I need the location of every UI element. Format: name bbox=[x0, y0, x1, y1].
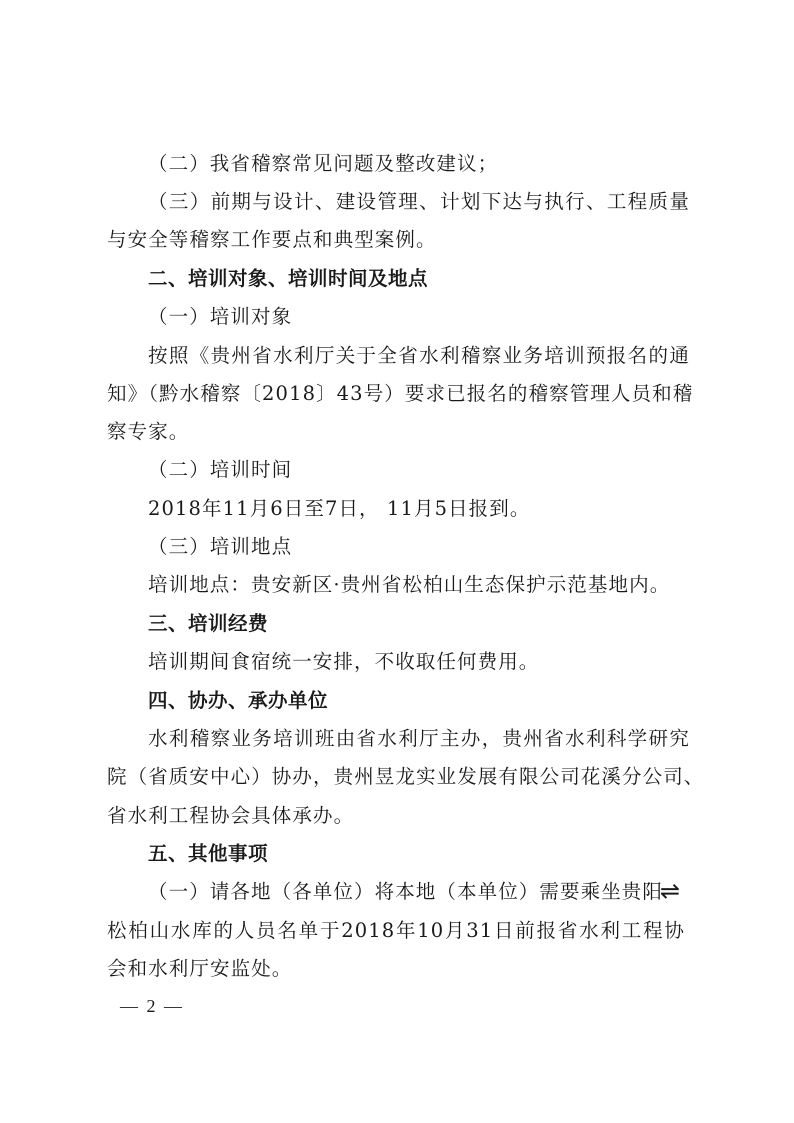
training-location-text: 培训地点：贵安新区·贵州省松柏山生态保护示范基地内。 bbox=[148, 572, 738, 598]
document-page: （二）我省稽察常见问题及整改建议； （三）前期与设计、建设管理、计划下达与执行、… bbox=[0, 0, 794, 1123]
organizers-paragraph-line-2: 院（省质安中心）协办，贵州昱龙实业发展有限公司花溪分公司、 bbox=[107, 764, 690, 790]
page-number: — 2 — bbox=[120, 996, 184, 1017]
item-three-key-points: （三）前期与设计、建设管理、计划下达与执行、工程质量 bbox=[148, 189, 690, 215]
organizers-paragraph-line-1: 水利稽察业务培训班由省水利厅主办，贵州省水利科学研究 bbox=[148, 726, 690, 752]
trainees-paragraph-line-2: 知》（黔水稽察〔2018〕43号）要求已报名的稽察管理人员和稽 bbox=[107, 381, 690, 407]
item-three-continuation: 与安全等稽察工作要点和典型案例。 bbox=[107, 227, 697, 253]
training-fees-text: 培训期间食宿统一安排，不收取任何费用。 bbox=[148, 649, 738, 675]
subheading-training-time: （二）培训时间 bbox=[148, 457, 738, 483]
section-heading-trainees-time-place: 二、培训对象、培训时间及地点 bbox=[148, 266, 738, 292]
section-heading-organizers: 四、协办、承办单位 bbox=[148, 688, 738, 714]
subheading-trainees: （一）培训对象 bbox=[148, 304, 738, 330]
organizers-paragraph-line-3: 省水利工程协会具体承办。 bbox=[107, 803, 697, 829]
other-matters-item-one-line-1: （一）请各地（各单位）将本地（本单位）需要乘坐贵阳 bbox=[148, 879, 658, 905]
item-two-common-issues: （二）我省稽察常见问题及整改建议； bbox=[148, 151, 738, 177]
trainees-paragraph-line-1: 按照《贵州省水利厅关于全省水利稽察业务培训预报名的通 bbox=[148, 343, 690, 369]
bidirectional-arrow-icon: ⇌ bbox=[660, 878, 680, 904]
section-heading-training-fees: 三、培训经费 bbox=[148, 611, 738, 637]
training-time-text: 2018年11月6日至7日， 11月5日报到。 bbox=[148, 496, 738, 522]
subheading-training-location: （三）培训地点 bbox=[148, 534, 738, 560]
other-matters-item-one-line-3: 会和水利厅安监处。 bbox=[107, 956, 697, 982]
section-heading-other-matters: 五、其他事项 bbox=[148, 841, 738, 867]
other-matters-item-one-line-2: 松柏山水库的人员名单于2018年10月31日前报省水利工程协 bbox=[107, 918, 685, 944]
trainees-paragraph-line-3: 察专家。 bbox=[107, 419, 697, 445]
